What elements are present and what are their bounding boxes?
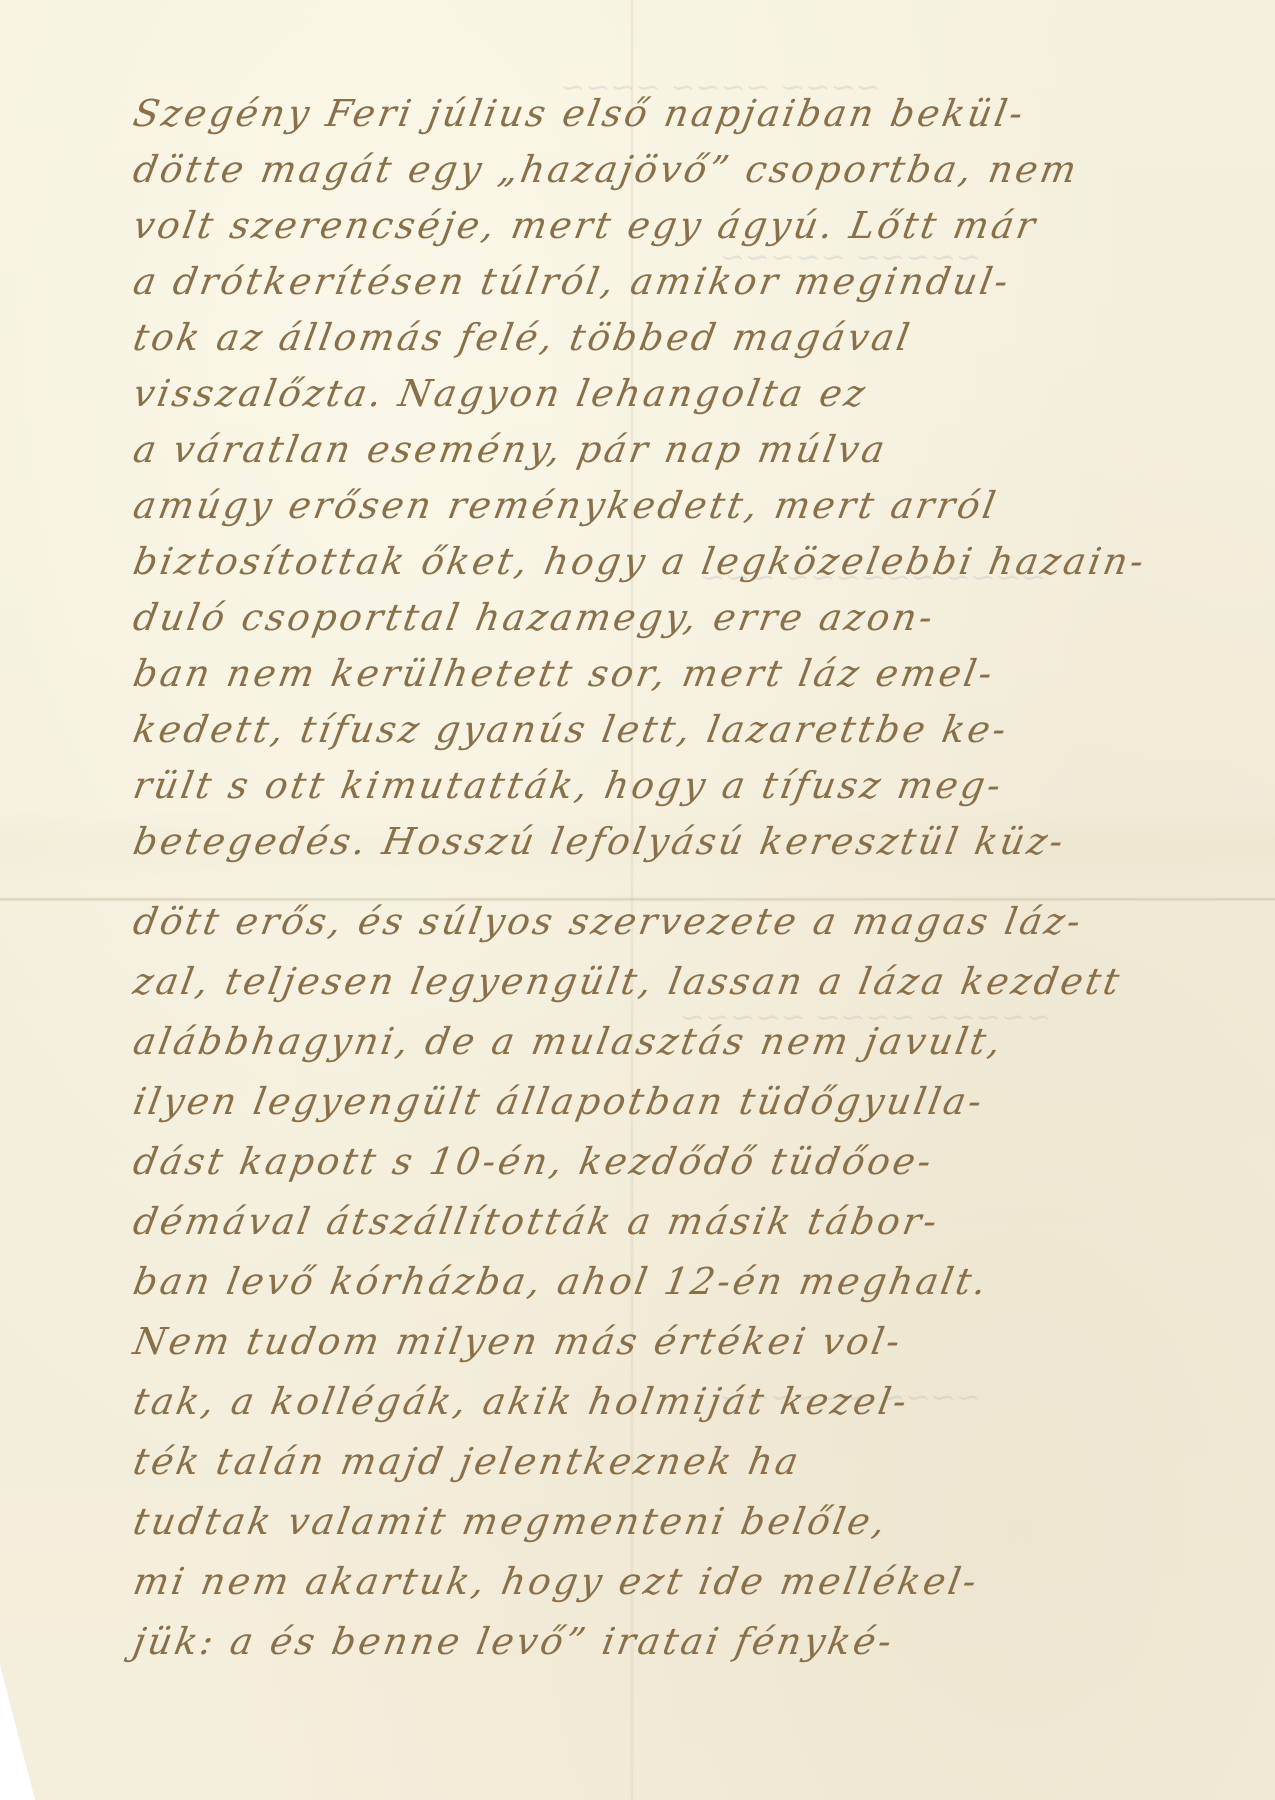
letter-line: Szegény Feri július első napjaiban bekül… <box>130 92 1029 135</box>
letter-line: ban levő kórházba, ahol 12-én meghalt. <box>130 1260 992 1303</box>
letter-line: démával átszállították a másik tábor- <box>130 1200 943 1243</box>
letter-line: dást kapott s 10-én, kezdődő tüdőoe- <box>130 1140 937 1183</box>
letter-line: a drótkerítésen túlról, amikor megindul- <box>130 260 1014 303</box>
letter-line: amúgy erősen reménykedett, mert arról <box>130 484 1002 527</box>
letter-line: duló csoporttal hazamegy, erre azon- <box>130 596 939 639</box>
letter-line: zal, teljesen legyengült, lassan a láza … <box>130 960 1125 1003</box>
letter-line: biztosítottak őket, hogy a legközelebbi … <box>130 540 1150 583</box>
letter-line: ték talán majd jelentkeznek ha <box>130 1440 804 1483</box>
letter-line: tak, a kollégák, akik holmiját kezel- <box>130 1380 913 1423</box>
letter-line: Nem tudom milyen más értékei vol- <box>130 1320 906 1363</box>
letter-line: mi nem akartuk, hogy ezt ide mellékel- <box>130 1560 983 1603</box>
letter-line: dött erős, és súlyos szervezete a magas … <box>130 900 1087 943</box>
letter-line: visszalőzta. Nagyon lehangolta ez <box>130 372 871 415</box>
letter-line: a váratlan esemény, pár nap múlva <box>130 428 891 471</box>
letter-line: rült s ott kimutatták, hogy a tífusz meg… <box>130 764 1007 807</box>
letter-line: tudtak valamit megmenteni belőle, <box>130 1500 891 1543</box>
letter-line: jük: a és benne levő” iratai fényké- <box>130 1620 898 1663</box>
letter-page: ~~~~ ~~~~ ~~~~ ~~~~~ ~~~~~ ~~~~ ~~~~~~ ~… <box>0 0 1275 1800</box>
letter-line: ilyen legyengült állapotban tüdőgyulla- <box>130 1080 988 1123</box>
letter-line: betegedés. Hosszú lefolyású keresztül kü… <box>130 820 1069 863</box>
letter-line: kedett, tífusz gyanús lett, lazarettbe k… <box>130 708 1012 751</box>
letter-line: dötte magát egy „hazajövő” csoportba, ne… <box>130 148 1083 191</box>
handwritten-letter-body: Szegény Feri július első napjaiban bekül… <box>0 0 1275 1800</box>
letter-line: alábbhagyni, de a mulasztás nem javult, <box>130 1020 1007 1063</box>
letter-line: volt szerencséje, mert egy ágyú. Lőtt má… <box>130 204 1041 247</box>
letter-line: tok az állomás felé, többed magával <box>130 316 916 359</box>
letter-line: ban nem kerülhetett sor, mert láz emel- <box>130 652 998 695</box>
